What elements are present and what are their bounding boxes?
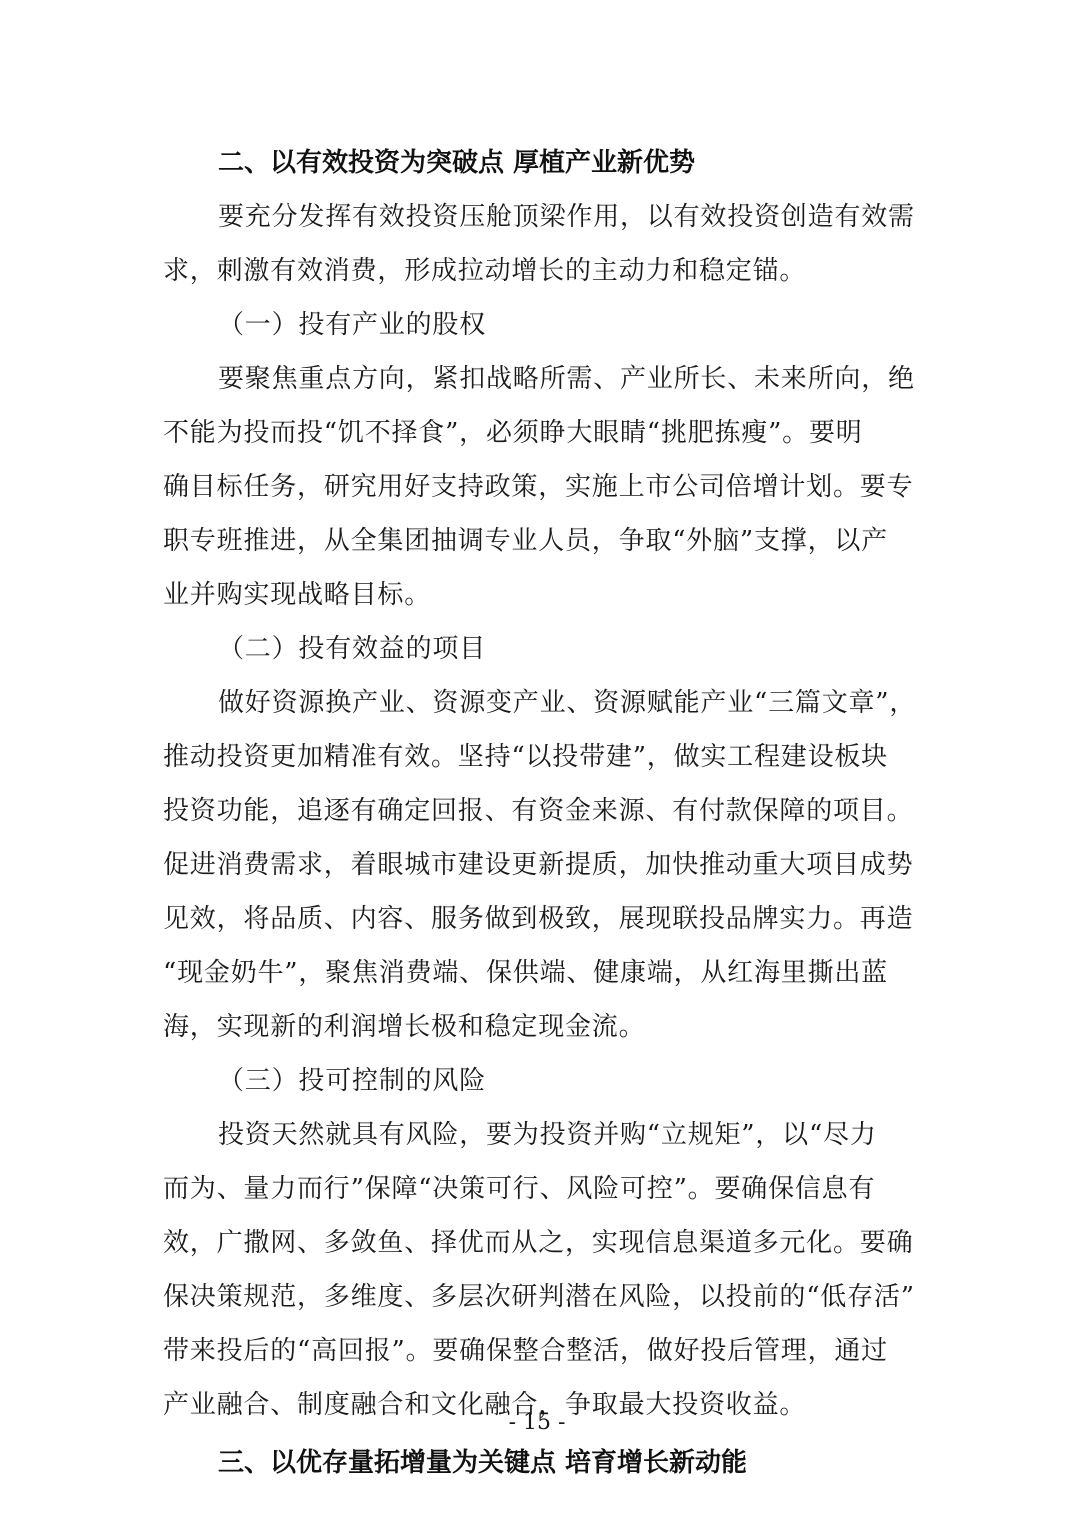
paragraph-line: 效，广撒网、多敛鱼、择优而从之，实现信息渠道多元化。要确 bbox=[163, 1216, 913, 1270]
paragraph-line: 求，刺激有效消费，形成拉动增长的主动力和稳定锚。 bbox=[163, 244, 806, 298]
paragraph-line: 要聚焦重点方向，紧扣战略所需、产业所长、未来所向，绝 bbox=[218, 352, 915, 406]
paragraph-line: 促进消费需求，着眼城市建设更新提质，加快推动重大项目成势 bbox=[163, 838, 913, 892]
paragraph-line: 带来投后的“高回报”。要确保整合整活，做好投后管理，通过 bbox=[163, 1324, 888, 1378]
paragraph-line: 不能为投而投“饥不择食”，必须睁大眼睛“挑肥拣瘦”。要明 bbox=[163, 406, 863, 460]
paragraph-line: 要充分发挥有效投资压舱顶梁作用，以有效投资创造有效需 bbox=[218, 190, 915, 244]
paragraph-line: 确目标任务，研究用好支持政策，实施上市公司倍增计划。要专 bbox=[163, 460, 913, 514]
subsection-1-heading: （一）投有产业的股权 bbox=[218, 298, 486, 352]
subsection-3-heading: （三）投可控制的风险 bbox=[218, 1054, 486, 1108]
paragraph-line: 投资天然就具有风险，要为投资并购“立规矩”，以“尽力 bbox=[218, 1108, 877, 1162]
paragraph-line: 而为、量力而行”保障“决策可行、风险可控”。要确保信息有 bbox=[163, 1162, 875, 1216]
paragraph-line: 投资功能，追逐有确定回报、有资金来源、有付款保障的项目。 bbox=[163, 784, 913, 838]
paragraph-line: “现金奶牛”，聚焦消费端、保供端、健康端，从红海里撕出蓝 bbox=[163, 946, 888, 1000]
paragraph-line: 推动投资更加精准有效。坚持“以投带建”，做实工程建设板块 bbox=[163, 730, 888, 784]
paragraph-line: 职专班推进，从全集团抽调专业人员，争取“外脑”支撑，以产 bbox=[163, 514, 888, 568]
paragraph-line: 保决策规范，多维度、多层次研判潜在风险，以投前的“低存活” bbox=[163, 1270, 915, 1324]
section-2-heading: 二、以有效投资为突破点 厚植产业新优势 bbox=[218, 136, 695, 190]
page-number: - 15 - bbox=[0, 1410, 1074, 1435]
subsection-2-heading: （二）投有效益的项目 bbox=[218, 622, 486, 676]
section-3-heading: 三、以优存量拓增量为关键点 培育增长新动能 bbox=[218, 1436, 747, 1490]
paragraph-line: 做好资源换产业、资源变产业、资源赋能产业“三篇文章”， bbox=[218, 676, 916, 730]
paragraph-line: 海，实现新的利润增长极和稳定现金流。 bbox=[163, 1000, 645, 1054]
paragraph-line: 见效，将品质、内容、服务做到极致，展现联投品牌实力。再造 bbox=[163, 892, 913, 946]
paragraph-line: 业并购实现战略目标。 bbox=[163, 568, 431, 622]
